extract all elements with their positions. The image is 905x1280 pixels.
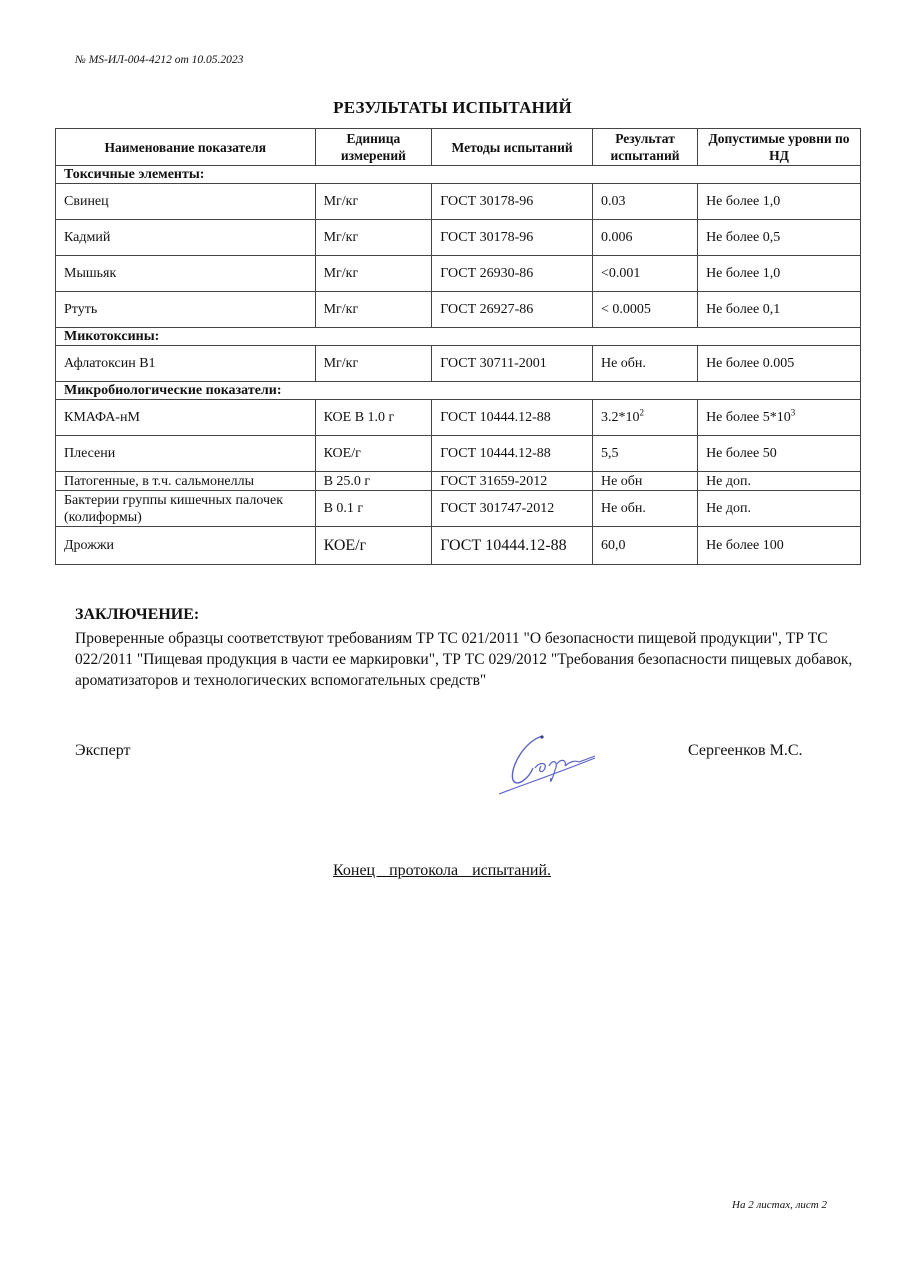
table-row: Дрожжи КОЕ/г ГОСТ 10444.12-88 60,0 Не бо… [56,527,861,565]
header-result: Результат испытаний [592,129,697,166]
header-limit: Допустимые уровни по НД [698,129,861,166]
cell-unit: КОЕ В 1.0 г [315,400,432,436]
header-method: Методы испытаний [432,129,593,166]
cell-method: ГОСТ 10444.12-88 [432,400,593,436]
conclusion-text: Проверенные образцы соответствуют требов… [75,628,865,691]
result-exponent: 2 [639,407,644,417]
cell-unit: В 0.1 г [315,491,432,527]
cell-limit: Не более 100 [698,527,861,565]
cell-unit: КОЕ/г [315,436,432,472]
cell-name: Дрожжи [56,527,316,565]
cell-limit: Не более 1,0 [698,256,861,292]
limit-base: Не более 5*10 [706,410,791,425]
cell-result: 3.2*102 [592,400,697,436]
cell-method: ГОСТ 30711-2001 [432,346,593,382]
header-indicator: Наименование показателя [56,129,316,166]
page-title: РЕЗУЛЬТАТЫ ИСПЫТАНИЙ [0,98,905,118]
section-title: Токсичные элементы: [56,166,861,184]
table-row: КМАФА-нМ КОЕ В 1.0 г ГОСТ 10444.12-88 3.… [56,400,861,436]
cell-name: Ртуть [56,292,316,328]
expert-name: Сергеенков М.С. [688,742,803,760]
table-header-row: Наименование показателя Единица измерени… [56,129,861,166]
end-of-protocol: Конец протокола испытаний. [333,862,551,880]
cell-method: ГОСТ 301747-2012 [432,491,593,527]
cell-result: Не обн [592,472,697,491]
section-row: Микотоксины: [56,328,861,346]
cell-name: Кадмий [56,220,316,256]
page-footer: На 2 листах, лист 2 [732,1199,827,1211]
table-row: Мышьяк Мг/кг ГОСТ 26930-86 <0.001 Не бол… [56,256,861,292]
cell-method: ГОСТ 31659-2012 [432,472,593,491]
document-number: № MS-ИЛ-004-4212 от 10.05.2023 [75,54,243,66]
cell-method: ГОСТ 30178-96 [432,184,593,220]
cell-result: 60,0 [592,527,697,565]
table-row: Патогенные, в т.ч. сальмонеллы В 25.0 г … [56,472,861,491]
table-row: Свинец Мг/кг ГОСТ 30178-96 0.03 Не более… [56,184,861,220]
cell-name: Афлатоксин В1 [56,346,316,382]
table-row: Кадмий Мг/кг ГОСТ 30178-96 0.006 Не боле… [56,220,861,256]
cell-unit: Мг/кг [315,346,432,382]
cell-unit: Мг/кг [315,220,432,256]
cell-result: 0.006 [592,220,697,256]
cell-limit: Не доп. [698,472,861,491]
header-unit: Единица измерений [315,129,432,166]
cell-method: ГОСТ 10444.12-88 [432,436,593,472]
table-row: Плесени КОЕ/г ГОСТ 10444.12-88 5,5 Не бо… [56,436,861,472]
section-row: Микробиологические показатели: [56,382,861,400]
cell-name: Свинец [56,184,316,220]
section-title: Микробиологические показатели: [56,382,861,400]
cell-method: ГОСТ 26927-86 [432,292,593,328]
cell-limit: Не более 5*103 [698,400,861,436]
table-row: Ртуть Мг/кг ГОСТ 26927-86 < 0.0005 Не бо… [56,292,861,328]
signature-icon [495,728,615,798]
cell-name: Патогенные, в т.ч. сальмонеллы [56,472,316,491]
cell-unit: Мг/кг [315,292,432,328]
section-title: Микотоксины: [56,328,861,346]
cell-result: < 0.0005 [592,292,697,328]
cell-limit: Не более 0,1 [698,292,861,328]
cell-result: 0.03 [592,184,697,220]
cell-result: <0.001 [592,256,697,292]
limit-exponent: 3 [791,407,796,417]
cell-result: Не обн. [592,491,697,527]
cell-method: ГОСТ 26930-86 [432,256,593,292]
cell-unit: КОЕ/г [315,527,432,565]
cell-method: ГОСТ 30178-96 [432,220,593,256]
cell-name: Мышьяк [56,256,316,292]
cell-unit: Мг/кг [315,256,432,292]
expert-label: Эксперт [75,742,130,760]
table-row: Афлатоксин В1 Мг/кг ГОСТ 30711-2001 Не о… [56,346,861,382]
results-table: Наименование показателя Единица измерени… [55,128,861,565]
cell-limit: Не более 50 [698,436,861,472]
cell-unit: В 25.0 г [315,472,432,491]
cell-result: Не обн. [592,346,697,382]
cell-unit: Мг/кг [315,184,432,220]
result-base: 3.2*10 [601,410,640,425]
cell-name: Плесени [56,436,316,472]
cell-name: КМАФА-нМ [56,400,316,436]
cell-name: Бактерии группы кишечных палочек (колифо… [56,491,316,527]
cell-limit: Не более 1,0 [698,184,861,220]
section-row: Токсичные элементы: [56,166,861,184]
cell-limit: Не более 0.005 [698,346,861,382]
cell-limit: Не более 0,5 [698,220,861,256]
cell-limit: Не доп. [698,491,861,527]
conclusion-heading: ЗАКЛЮЧЕНИЕ: [75,606,199,624]
cell-result: 5,5 [592,436,697,472]
table-row: Бактерии группы кишечных палочек (колифо… [56,491,861,527]
cell-method: ГОСТ 10444.12-88 [432,527,593,565]
